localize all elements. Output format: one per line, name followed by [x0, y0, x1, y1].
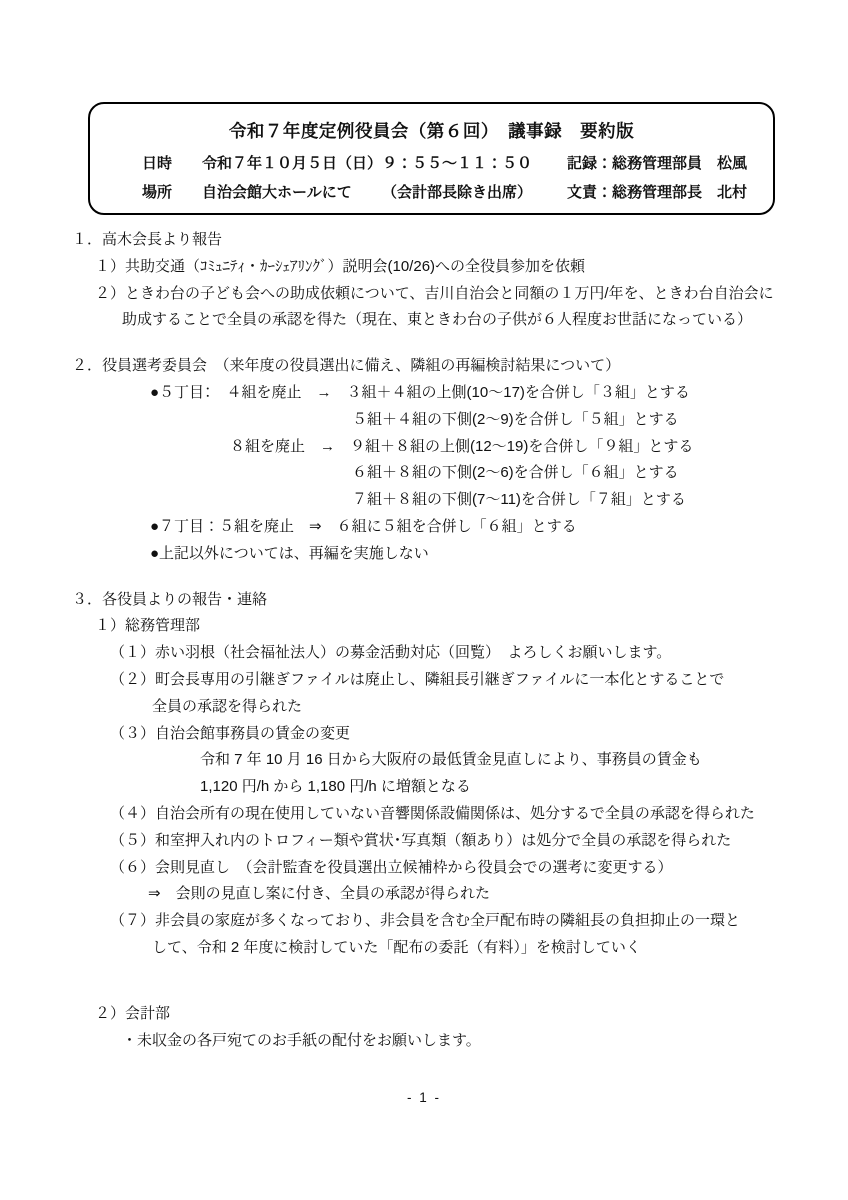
document-line: （２）町会長専用の引継ぎファイルは廃止し、隣組長引継ぎファイルに一本化とすること…: [0, 667, 848, 694]
document-line: （１）赤い羽根（社会福祉法人）の募金活動対応（回覧） よろしくお願いします。: [0, 640, 848, 667]
document-line: １．高木会長より報告: [0, 227, 848, 254]
datetime-value: 令和７年１０月５日（日）９：５５～１１：５０: [202, 152, 532, 173]
document-line: 全員の承認を得られた: [0, 694, 848, 721]
document-title: 令和７年度定例役員会（第６回） 議事録 要約版: [90, 118, 773, 143]
document-line: １）共助交通（ｺﾐｭﾆﾃｨ・ｶｰｼｪｱﾘﾝｸﾞ）説明会(10/26)への全役員参…: [0, 254, 848, 281]
document-line: （４）自治会所有の現在使用していない音響関係設備関係は、処分するで全員の承認を得…: [0, 801, 848, 828]
document-line: して、令和 2 年度に検討していた「配布の委託（有料）」を検討していく: [0, 935, 848, 962]
document-line: ２）ときわ台の子ども会への助成依頼について、吉川自治会と同額の１万円/年を、とき…: [0, 281, 848, 308]
header-datetime-row: 日時 令和７年１０月５日（日）９：５５～１１：５０ 記録：総務管理部員 松風: [90, 152, 773, 174]
document-line: ・未収金の各戸宛てのお手紙の配付をお願いします。: [0, 1028, 848, 1055]
document-line: （６）会則見直し （会計監査を役員選出立候補枠から役員会での選考に変更する）: [0, 855, 848, 882]
document-line: １）総務管理部: [0, 613, 848, 640]
document-line: ⇒ 会則の見直し案に付き、全員の承認が得られた: [0, 881, 848, 908]
document-line: ８組を廃止 → ９組＋８組の上側(12～19)を合併し「９組」とする: [0, 434, 848, 461]
document-line: 令和 7 年 10 月 16 日から大阪府の最低賃金見直しにより、事務員の賃金も: [0, 747, 848, 774]
document-line: ７組＋８組の下側(7～11)を合併し「７組」とする: [0, 487, 848, 514]
header-place-row: 場所 自治会館大ホールにて （会計部長除き出席） 文責：総務管理部長 北村: [90, 181, 773, 203]
document-page: 令和７年度定例役員会（第６回） 議事録 要約版 日時 令和７年１０月５日（日）９…: [0, 0, 848, 1200]
datetime-label: 日時: [142, 152, 172, 173]
document-line: （５）和室押入れ内のトロフィー類や賞状･写真類（額あり）は処分で全員の承認を得ら…: [0, 828, 848, 855]
document-line: （７）非会員の家庭が多くなっており、非会員を含む全戸配布時の隣組長の負担抑止の一…: [0, 908, 848, 935]
document-line: ５組＋４組の下側(2～9)を合併し「５組」とする: [0, 407, 848, 434]
document-line: ６組＋８組の下側(2～6)を合併し「６組」とする: [0, 460, 848, 487]
page-number: - 1 -: [0, 1090, 848, 1105]
recorder-credit: 記録：総務管理部員 松風: [567, 152, 747, 173]
document-line: 1,120 円/h から 1,180 円/h に増額となる: [0, 774, 848, 801]
header-box: 令和７年度定例役員会（第６回） 議事録 要約版 日時 令和７年１０月５日（日）９…: [88, 102, 775, 215]
writer-credit: 文責：総務管理部長 北村: [567, 181, 747, 202]
document-line: 助成することで全員の承認を得た（現在、東ときわ台の子供が６人程度お世話になってい…: [0, 307, 848, 334]
document-body: １．高木会長より報告１）共助交通（ｺﾐｭﾆﾃｨ・ｶｰｼｪｱﾘﾝｸﾞ）説明会(10…: [0, 227, 848, 1054]
place-label: 場所: [142, 181, 172, 202]
document-line: ●７丁目：５組を廃止 ⇒ ６組に５組を合併し「６組」とする: [0, 514, 848, 541]
document-line: ●５丁目： ４組を廃止 → ３組＋４組の上側(10～17)を合併し「３組」とする: [0, 380, 848, 407]
place-value: 自治会館大ホールにて: [202, 181, 352, 202]
document-line: ●上記以外については、再編を実施しない: [0, 541, 848, 568]
document-line: ２）会計部: [0, 1001, 848, 1028]
document-line: ３．各役員よりの報告・連絡: [0, 587, 848, 614]
document-line: （３）自治会館事務員の賃金の変更: [0, 721, 848, 748]
attendance-note: （会計部長除き出席）: [382, 181, 532, 202]
document-line: ２．役員選考委員会 （来年度の役員選出に備え、隣組の再編検討結果について）: [0, 353, 848, 380]
